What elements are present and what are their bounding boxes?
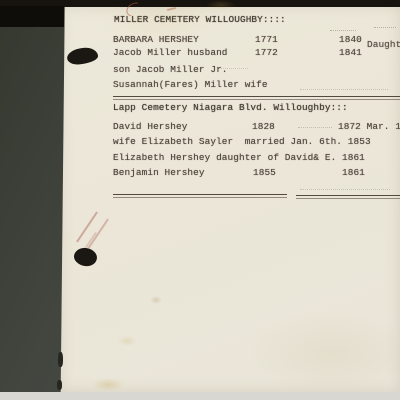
record-death-year: 1840 xyxy=(339,35,362,45)
record-birth-year: 1828 xyxy=(252,122,275,132)
record-birth-year: 1772 xyxy=(255,48,278,58)
section1-title: MILLER CEMETERY WILLOUGHBY:::: xyxy=(114,15,286,25)
ink-blot xyxy=(73,246,99,267)
record-row: son Jacob Miller Jr. xyxy=(0,65,400,77)
record-row: Benjamin Hershey 1855 1861 xyxy=(0,168,400,180)
record-death-year: 1861 xyxy=(342,168,365,178)
record-death-year: 1872 Mar. 1st xyxy=(338,122,400,132)
record-row: BARBARA HERSHEY 1771 1840 Daught xyxy=(0,35,400,47)
record-row: David Hershey 1828 1872 Mar. 1st xyxy=(0,122,400,134)
paper-stain xyxy=(92,378,124,391)
record-name: son Jacob Miller Jr. xyxy=(113,65,228,75)
paper-stain xyxy=(118,336,136,346)
pencil-smudge xyxy=(300,89,388,90)
paper-edge-nick xyxy=(57,380,62,390)
record-name: Benjamin Hershey xyxy=(113,168,205,178)
record-row: Susannah(Fares) Miller wife xyxy=(0,80,400,92)
pencil-smudge xyxy=(298,127,332,128)
record-name: Susannah(Fares) Miller wife xyxy=(113,80,268,90)
record-row: wife Elizabeth Sayler married Jan. 6th. … xyxy=(0,137,400,149)
record-name: Elizabeth Hershey daughter of David& E. xyxy=(113,153,336,163)
paper-edge-nick xyxy=(58,352,63,367)
record-name: David Hershey xyxy=(113,122,187,132)
pencil-smudge xyxy=(374,27,396,28)
pencil-smudge xyxy=(300,189,390,190)
record-name: BARBARA HERSHEY xyxy=(113,35,199,45)
record-death-year: 1861 xyxy=(342,153,365,163)
record-death-year: 1841 xyxy=(339,48,362,58)
typed-divider-line xyxy=(113,96,400,100)
section2-title: Lapp Cemetery Niagara Blvd. Willoughby::… xyxy=(113,103,348,113)
typed-divider-line xyxy=(296,195,400,199)
record-row: Elizabeth Hershey daughter of David& E. … xyxy=(0,153,400,165)
paper-stain xyxy=(206,0,236,10)
record-birth-year: 1855 xyxy=(253,168,276,178)
typed-content: MILLER CEMETERY WILLOUGHBY:::: BARBARA H… xyxy=(0,0,400,400)
scanned-document-view: MILLER CEMETERY WILLOUGHBY:::: BARBARA H… xyxy=(0,0,400,400)
record-row: Jacob Miller husband 1772 1841 xyxy=(0,48,400,60)
pencil-smudge xyxy=(330,30,356,31)
record-name: Jacob Miller husband xyxy=(113,48,228,58)
red-pencil-tick xyxy=(167,7,176,11)
record-name: wife Elizabeth Sayler married Jan. 6th. … xyxy=(113,137,371,147)
pencil-smudge xyxy=(218,68,248,69)
typed-divider-line xyxy=(113,194,287,198)
paper-stain xyxy=(150,296,162,304)
record-birth-year: 1771 xyxy=(255,35,278,45)
